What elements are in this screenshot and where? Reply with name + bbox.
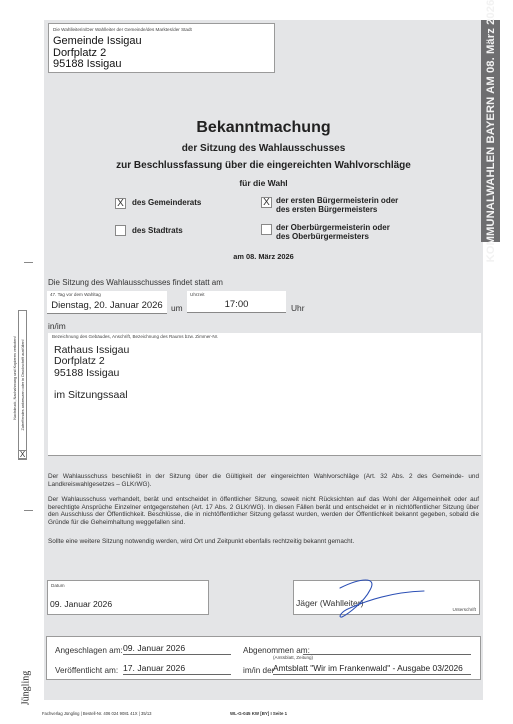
posting-box: Angeschlagen am: 09. Januar 2026 Abgenom… — [46, 636, 481, 680]
tear-notice-box: Zutreffendes ankreuzen oder in Druckschr… — [18, 310, 27, 460]
signature-label: Unterschrift — [453, 607, 477, 612]
sender-address: Gemeinde Issigau Dorfplatz 2 95188 Issig… — [53, 36, 142, 71]
option-gemeinderat: des Gemeinderats — [132, 199, 201, 208]
uhr-label: Uhr — [291, 303, 305, 313]
meeting-time-field[interactable]: Uhrzeit 17:00 — [187, 291, 286, 313]
option-oberbuergermeister: der Oberbürgermeisterin oder des Oberbür… — [276, 224, 390, 241]
subtitle-2: zur Beschlussfassung über die eingereich… — [44, 160, 483, 171]
meeting-time-label: Uhrzeit — [190, 292, 205, 297]
removed-value[interactable] — [303, 643, 471, 655]
meeting-place-label: Bezeichnung des Gebäudes, Anschrift, Bez… — [52, 334, 218, 339]
option-buergermeister: der ersten Bürgermeisterin oder des erst… — [276, 197, 398, 214]
meeting-intro: Die Sitzung des Wahlausschusses findet s… — [48, 278, 223, 287]
subtitle-1: der Sitzung des Wahlausschusses — [44, 143, 483, 154]
removed-label: Abgenommen am: — [243, 646, 310, 655]
side-band-text: KOMMUNALWAHLEN BAYERN AM 08. März 2026 — [485, 0, 497, 262]
meeting-place-value: Rathaus Issigau Dorfplatz 2 95188 Issiga… — [54, 345, 129, 401]
date-value: 09. Januar 2026 — [50, 599, 112, 609]
checkbox-oberbuergermeister[interactable] — [261, 224, 272, 235]
fold-mark — [24, 510, 33, 511]
meeting-place-field[interactable]: Bezeichnung des Gebäudes, Anschrift, Bez… — [48, 333, 481, 456]
left-margin-notice: Nachdruck, Nachahmung und Kopieren verbo… — [12, 290, 28, 465]
posted-label: Angeschlagen am: — [55, 646, 123, 655]
meeting-date-value: Dienstag, 20. Januar 2026 — [47, 300, 167, 311]
paragraph-further-meeting: Sollte eine weitere Sitzung notwendig we… — [48, 538, 479, 546]
checkbox-stadtrat[interactable] — [115, 225, 126, 236]
footer-form-id: WL-G-045 KW [BY] I Seite 1 — [230, 711, 287, 716]
um-label: um — [171, 303, 183, 313]
posted-value[interactable]: 09. Januar 2026 — [123, 643, 231, 655]
page-title: Bekanntmachung — [44, 119, 483, 137]
publisher-logo: Jüngling — [18, 670, 34, 706]
sender-box: Die Wahlleiterin/Der Wahlleiter der Geme… — [48, 23, 275, 73]
checkbox-gemeinderat[interactable]: X — [115, 198, 126, 209]
tear-notice: Zutreffendes ankreuzen oder in Druckschr… — [21, 339, 25, 430]
footer-publisher: Fachverlag Jüngling | Bestell-Nr. 406 02… — [42, 711, 152, 716]
handwritten-signature-icon — [330, 578, 430, 620]
date-field[interactable]: Datum 09. Januar 2026 — [47, 580, 209, 615]
meeting-date-field[interactable]: 47. Tag vor dem Wahltag Dienstag, 20. Ja… — [47, 291, 167, 314]
meeting-date-label: 47. Tag vor dem Wahltag — [50, 292, 101, 297]
meeting-time-value: 17:00 — [187, 299, 286, 310]
notice-checkbox[interactable]: X — [18, 450, 27, 459]
paragraph-validity: Der Wahlausschuss beschließt in der Sitz… — [48, 473, 479, 488]
election-date: am 08. März 2026 — [44, 252, 483, 261]
election-side-band: KOMMUNALWAHLEN BAYERN AM 08. März 2026 — [481, 20, 500, 242]
sender-label: Die Wahlleiterin/Der Wahlleiter der Geme… — [53, 27, 192, 32]
checkbox-buergermeister[interactable]: X — [261, 197, 272, 208]
medium-value[interactable]: Amtsblatt "Wir im Frankenwald" - Ausgabe… — [273, 663, 471, 675]
option-stadtrat: des Stadtrats — [132, 227, 183, 236]
date-label: Datum — [51, 583, 65, 588]
published-value[interactable]: 17. Januar 2026 — [123, 663, 231, 675]
fold-mark — [24, 262, 33, 263]
medium-hint: (Amtsblatt, Zeitung) — [273, 655, 313, 660]
subtitle-3: für die Wahl — [44, 178, 483, 188]
published-label: Veröffentlicht am: — [55, 666, 118, 675]
copy-notice: Nachdruck, Nachahmung und Kopieren verbo… — [13, 336, 17, 419]
in-im-label: in/im — [48, 321, 66, 331]
paragraph-procedure: Der Wahlausschuss verhandelt, berät und … — [48, 496, 479, 526]
in-der-label: im/in der — [243, 666, 274, 675]
